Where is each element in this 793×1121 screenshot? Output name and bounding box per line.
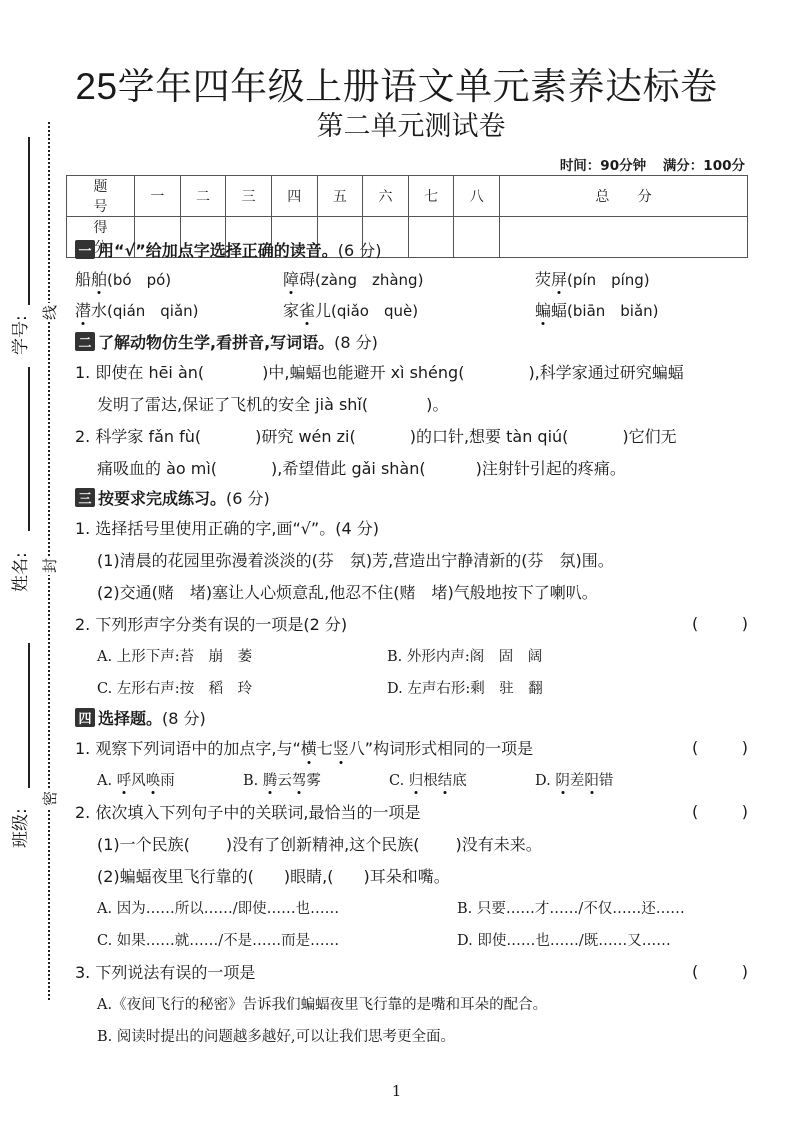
dotted-char: 屏 — [551, 270, 567, 289]
page-title: 25学年四年级上册语文单元素养达标卷 — [0, 56, 793, 110]
question-text: 发明了雷达,保证了飞机的安全 jià shǐ( — [97, 392, 368, 415]
question-text: )注射针引起的疼痛。 — [476, 456, 626, 479]
col-header: 五 — [317, 176, 363, 217]
section-points: (6 分) — [226, 486, 270, 509]
question-text: )没有了创新精神,这个民族( — [226, 832, 420, 855]
pinyin-options[interactable]: (qiǎo què) — [331, 302, 418, 320]
option-b[interactable]: B. 腾云驾雾 — [243, 769, 389, 790]
question-text: 1. 观察下列词语中的加点字,与“ — [75, 736, 301, 759]
page-number: 1 — [0, 1082, 793, 1100]
word-char: 水 — [91, 301, 107, 320]
dotted-char: 舶 — [91, 270, 107, 289]
class-field[interactable] — [28, 643, 30, 788]
dotted-char: 唤 — [146, 773, 161, 789]
section-number-badge: 一 — [75, 240, 95, 259]
section-number-badge: 四 — [75, 708, 95, 727]
section-title: 选择题。 — [98, 706, 162, 729]
dotted-char: 障 — [283, 270, 299, 289]
seal-word-secret: 密 — [39, 789, 60, 808]
dotted-char: 横 — [301, 736, 317, 759]
section-2-header: 二 了解动物仿生学,看拼音,写词语。 (8 分) — [75, 327, 750, 355]
pronunciation-item: 潜水(qián qiǎn) — [75, 298, 283, 321]
col-header: 三 — [226, 176, 272, 217]
pronunciation-item: 荧屏(pín píng) — [535, 267, 650, 290]
pronunciation-item: 船舶(bó pó) — [75, 267, 283, 290]
student-id-field[interactable] — [28, 137, 30, 305]
section-1-header: 一 用“√”给加点字选择正确的读音。 (6 分) — [75, 235, 750, 263]
dotted-char: 腾 — [263, 773, 278, 789]
question-text: (1)一个民族( — [97, 832, 190, 855]
answer-parentheses[interactable]: () — [692, 614, 750, 633]
time-limit: 时间：90分钟 — [560, 158, 646, 174]
paren-close: ) — [742, 802, 748, 821]
option-c[interactable]: C. 左形右声:按 稻 玲 — [97, 677, 387, 698]
question-line: 2. 下列形声字分类有误的一项是(2 分) () — [75, 607, 750, 639]
pronunciation-row: 潜水(qián qiǎn) 家雀儿(qiǎo què) 蝙蝠(biān biǎn… — [75, 294, 750, 325]
question-line: 1. 观察下列词语中的加点字,与“横七竖八”构词形式相同的一项是 () — [75, 731, 750, 763]
col-header: 六 — [363, 176, 409, 217]
section-3-header: 三 按要求完成练习。 (6 分) — [75, 483, 750, 511]
score-table-header-row: 题 号 一 二 三 四 五 六 七 八 总 分 — [67, 176, 748, 217]
paren-close: ) — [742, 738, 748, 757]
option-row: A. 因为……所以……/即使……也…… B. 只要……才……/不仅……还…… — [75, 891, 750, 923]
option-char: 差 — [570, 773, 585, 789]
question-text: ),希望借此 gǎi shàn( — [271, 456, 426, 479]
section-points: (6 分) — [338, 238, 382, 261]
option-char: 雨 — [160, 773, 175, 789]
pronunciation-row: 船舶(bó pó) 障碍(zàng zhàng) 荧屏(pín píng) — [75, 263, 750, 294]
answer-parentheses[interactable]: () — [692, 738, 750, 757]
pronunciation-item: 蝙蝠(biān biǎn) — [535, 298, 659, 321]
paren-open: ( — [692, 738, 698, 757]
col-header: 七 — [408, 176, 454, 217]
option-char: 底 — [452, 773, 467, 789]
section-number-badge: 二 — [75, 332, 95, 351]
option-label: A. — [97, 773, 112, 789]
seal-word-seal: 封 — [39, 556, 60, 575]
question-line: 2. 科学家 fǎn fù()研究 wén zi()的口针,想要 tàn qiú… — [75, 419, 750, 451]
answer-parentheses[interactable]: () — [692, 962, 750, 981]
dotted-char: 驾 — [292, 773, 307, 789]
class-label: 班级: — [6, 808, 31, 848]
question-text: )眼睛,( — [284, 864, 334, 887]
word-char: 船 — [75, 270, 91, 289]
sub-question[interactable]: (2)交通(赌 堵)塞让人心烦意乱,他忍不住(赌 堵)气般地按下了喇叭。 — [75, 575, 750, 607]
pinyin-options[interactable]: (bó pó) — [107, 271, 171, 289]
option-b[interactable]: B. 外形内声:阁 固 阔 — [387, 645, 542, 666]
question-text: )中,蝙蝠也能避开 xì shéng( — [262, 360, 464, 383]
word-char: 蝠 — [551, 301, 567, 320]
option-a[interactable]: A. 上形下声:苔 崩 萎 — [97, 645, 387, 666]
question-line: 发明了雷达,保证了飞机的安全 jià shǐ()。 — [75, 387, 750, 419]
option-a[interactable]: A. 呼风唤雨 — [97, 769, 243, 790]
sub-question[interactable]: (1)清晨的花园里弥漫着淡淡的(芬 氛)芳,营造出宁静清新的(芬 氛)围。 — [75, 543, 750, 575]
exam-meta: 时间：90分钟 满分：100分 — [560, 154, 745, 174]
pronunciation-item: 家雀儿(qiǎo què) — [283, 298, 535, 321]
pinyin-options[interactable]: (qián qiǎn) — [107, 302, 198, 320]
section-number-badge: 三 — [75, 488, 95, 507]
paren-close: ) — [742, 614, 748, 633]
option-char: 云 — [277, 773, 292, 789]
question-text: 2. 科学家 fǎn fù( — [75, 424, 201, 447]
pinyin-options[interactable]: (zàng zhàng) — [315, 271, 423, 289]
question-stem: 3. 下列说法有误的一项是 — [75, 960, 255, 983]
section-4-header: 四 选择题。 (8 分) — [75, 703, 750, 731]
option-row: C. 左形右声:按 稻 玲 D. 左声右形:剩 驻 翻 — [75, 671, 750, 703]
question-line: 1. 即使在 hēi àn()中,蝙蝠也能避开 xì shéng(),科学家通过… — [75, 355, 750, 387]
question-stem: 1. 选择括号里使用正确的字,画“√”。(4 分) — [75, 511, 750, 543]
question-line: 2. 依次填入下列句子中的关联词,最恰当的一项是 () — [75, 795, 750, 827]
question-text: ),科学家通过研究蝙蝠 — [528, 360, 683, 383]
section-title: 用“√”给加点字选择正确的读音。 — [98, 238, 338, 261]
word-char: 儿 — [315, 301, 331, 320]
question-text: )。 — [426, 392, 448, 415]
col-header: 一 — [135, 176, 181, 217]
name-label: 姓名: — [6, 552, 31, 592]
option-b[interactable]: B. 阅读时提出的问题越多越好,可以让我们思考更全面。 — [75, 1019, 750, 1051]
question-text: 痛吸血的 ào mì( — [97, 456, 217, 479]
dotted-char: 阴 — [555, 773, 570, 789]
question-stem: 2. 下列形声字分类有误的一项是(2 分) — [75, 612, 347, 635]
question-text: 七 — [317, 736, 333, 759]
option-row: A. 上形下声:苔 崩 萎 B. 外形内声:阁 固 阔 — [75, 639, 750, 671]
paren-open: ( — [692, 802, 698, 821]
option-b[interactable]: B. 只要……才……/不仅……还…… — [457, 897, 685, 918]
question-text: 1. 即使在 hēi àn( — [75, 360, 204, 383]
full-score: 满分：100分 — [663, 158, 745, 174]
option-label: B. — [243, 773, 258, 789]
section-title: 按要求完成练习。 — [98, 486, 226, 509]
word-char: 荧 — [535, 270, 551, 289]
paren-open: ( — [692, 614, 698, 633]
col-header-total: 总 分 — [500, 176, 748, 217]
seal-word-line: 线 — [39, 303, 60, 322]
option-d[interactable]: D. 阴差阳错 — [535, 769, 613, 790]
dotted-char: 潜 — [75, 301, 91, 320]
option-char: 雾 — [306, 773, 321, 789]
option-c[interactable]: C. 归根结底 — [389, 769, 535, 790]
option-char: 错 — [599, 773, 614, 789]
col-header: 二 — [180, 176, 226, 217]
pronunciation-item: 障碍(zàng zhàng) — [283, 267, 535, 290]
section-title: 了解动物仿生学,看拼音,写词语。 — [98, 330, 334, 353]
col-header: 八 — [454, 176, 500, 217]
exam-content: 一 用“√”给加点字选择正确的读音。 (6 分) 船舶(bó pó) 障碍(zà… — [75, 235, 750, 1051]
question-text: 八”构词形式相同的一项是 — [349, 736, 533, 759]
option-char: 风 — [131, 773, 146, 789]
section-points: (8 分) — [334, 330, 378, 353]
option-row: A. 呼风唤雨 B. 腾云驾雾 C. 归根结底 D. 阴差阳错 — [75, 763, 750, 795]
pinyin-options[interactable]: (biān biǎn) — [567, 302, 658, 320]
option-label: C. — [389, 773, 404, 789]
option-a[interactable]: A. 因为……所以……/即使……也…… — [97, 897, 457, 918]
section-points: (8 分) — [162, 706, 206, 729]
dotted-char: 蝙 — [535, 301, 551, 320]
option-d[interactable]: D. 左声右形:剩 驻 翻 — [387, 677, 543, 698]
dotted-char: 呼 — [117, 773, 132, 789]
question-stem: 2. 依次填入下列句子中的关联词,最恰当的一项是 — [75, 800, 420, 823]
option-label: D. — [535, 773, 551, 789]
word-char: 碍 — [299, 270, 315, 289]
page-subtitle: 第二单元测试卷 — [0, 104, 793, 143]
name-field[interactable] — [28, 367, 30, 531]
dotted-char: 结 — [438, 773, 453, 789]
question-text: )研究 wén zi( — [255, 424, 356, 447]
question-text: (2)蝙蝠夜里飞行靠的( — [97, 864, 254, 887]
option-row: C. 如果……就……/不是……而是…… D. 即使……也……/既……又…… — [75, 923, 750, 955]
row-label-question-number: 题 号 — [67, 176, 135, 217]
option-c[interactable]: C. 如果……就……/不是……而是…… — [97, 929, 457, 950]
dotted-char: 归 — [409, 773, 424, 789]
col-header: 四 — [271, 176, 317, 217]
option-char: 根 — [423, 773, 438, 789]
option-a[interactable]: A.《夜间飞行的秘密》告诉我们蝙蝠夜里飞行靠的是嘴和耳朵的配合。 — [75, 987, 750, 1019]
student-id-label: 学号: — [6, 315, 31, 355]
paren-close: ) — [742, 962, 748, 981]
word-char: 家 — [283, 301, 299, 320]
question-text: )的口针,想要 tàn qiú( — [410, 424, 569, 447]
pinyin-options[interactable]: (pín píng) — [567, 271, 650, 289]
question-line: 3. 下列说法有误的一项是 () — [75, 955, 750, 987]
paren-open: ( — [692, 962, 698, 981]
dotted-char: 雀 — [299, 301, 315, 320]
question-text: )没有未来。 — [456, 832, 542, 855]
answer-parentheses[interactable]: () — [692, 802, 750, 821]
option-d[interactable]: D. 即使……也……/既……又…… — [457, 929, 671, 950]
question-text: )它们无 — [622, 424, 676, 447]
question-line: 痛吸血的 ào mì(),希望借此 gǎi shàn()注射针引起的疼痛。 — [75, 451, 750, 483]
question-text: )耳朵和嘴。 — [364, 864, 450, 887]
dotted-char: 阳 — [584, 773, 599, 789]
sub-question: (1)一个民族()没有了创新精神,这个民族()没有未来。 — [75, 827, 750, 859]
dotted-char: 竖 — [333, 736, 349, 759]
sub-question: (2)蝙蝠夜里飞行靠的()眼睛,()耳朵和嘴。 — [75, 859, 750, 891]
